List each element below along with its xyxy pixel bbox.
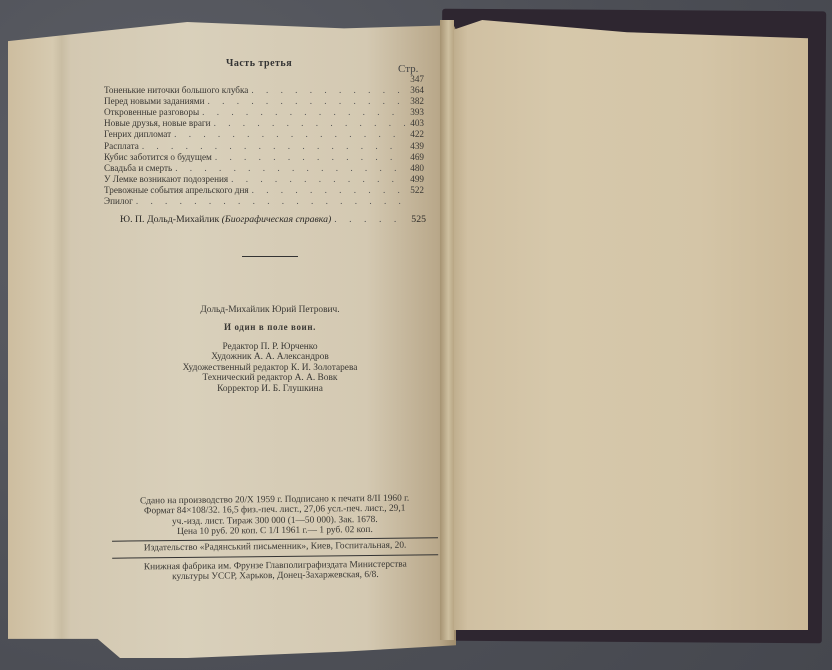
toc-entry: Тревожные события апрельского дня522 — [104, 185, 424, 196]
toc-entry: Свадьба и смерть480 — [104, 163, 424, 174]
toc-leader-dots — [208, 96, 405, 107]
toc-entry-page: 403 — [408, 118, 424, 129]
toc-entry: Кубис заботится о будущем469 — [104, 152, 424, 163]
toc-bio-author: Ю. П. Дольд-Михайлик — [120, 214, 219, 225]
imprint-book-title: И один в поле воин. — [100, 322, 440, 333]
toc-entry: Генрих дипломат422 — [104, 129, 424, 140]
toc-entry-page: 439 — [408, 141, 424, 152]
toc-entry-page: 422 — [408, 129, 424, 140]
toc-entry: Ю. П. Дольд-Михайлик (Биографическая спр… — [120, 214, 426, 225]
toc-entry-title: У Лемке возникают подозрения — [104, 174, 228, 185]
crew-technical-editor: Технический редактор А. А. Вовк — [100, 373, 440, 384]
pub-publisher: Издательство «Радянський письменник», Ки… — [112, 540, 438, 554]
crew-editor: Редактор П. Р. Юрченко — [100, 342, 440, 353]
toc-entry: Расплата439 — [104, 141, 424, 152]
toc-entry-page: 364 — [408, 85, 424, 96]
toc-entry-title: Перед новыми заданиями — [104, 96, 205, 107]
toc-leader-dots — [252, 185, 405, 196]
toc-bio-entry: Ю. П. Дольд-Михайлик (Биографическая спр… — [120, 214, 426, 225]
toc-leader-dots — [174, 129, 405, 140]
toc-leader-dots — [202, 107, 405, 118]
crew-artist: Художник А. А. Александров — [100, 352, 440, 363]
book-gutter — [440, 20, 454, 640]
toc-leader-dots — [214, 118, 405, 129]
toc-entry-page: 522 — [408, 185, 424, 196]
toc-entry: У Лемке возникают подозрения499 — [104, 174, 424, 185]
toc-entry-title: Генрих дипломат — [104, 129, 171, 140]
toc-entry-title: Тревожные события апрельского дня — [104, 185, 249, 196]
toc-leader-dots — [175, 163, 405, 174]
toc-entry-page: 347 — [408, 74, 424, 85]
toc-entry: Эпилог — [104, 196, 424, 207]
toc-bio-title: Ю. П. Дольд-Михайлик (Биографическая спр… — [120, 214, 331, 225]
toc-entry: Откровенные разговоры393 — [104, 107, 424, 118]
pub-divider — [112, 554, 438, 558]
toc-entry: Перед новыми заданиями382 — [104, 96, 424, 107]
toc-leader-dots — [231, 174, 405, 185]
toc-bio-page: 525 — [410, 214, 426, 225]
imprint-block: Дольд-Михайлик Юрий Петрович. И один в п… — [100, 305, 440, 394]
toc-entry-title: Эпилог — [104, 196, 133, 207]
toc-entry-page: 499 — [408, 174, 424, 185]
toc-leader-dots — [215, 152, 405, 163]
toc-entry-page: 469 — [408, 152, 424, 163]
section-divider — [242, 256, 298, 257]
toc-leader-dots — [142, 141, 405, 152]
table-of-contents: 347 Тоненькие ниточки большого клубка364… — [104, 74, 424, 207]
toc-leader-dots — [136, 196, 405, 207]
toc-entry-page: 382 — [408, 96, 424, 107]
publication-details: Сдано на производство 20/X 1959 г. Подпи… — [112, 493, 439, 583]
toc-part-title: Часть третья — [226, 58, 292, 69]
toc-entry: 347 — [104, 74, 424, 85]
toc-entry: Новые друзья, новые враги403 — [104, 118, 424, 129]
toc-leader-dots — [334, 214, 407, 225]
toc-entry-title: Расплата — [104, 141, 139, 152]
right-page-blank — [446, 20, 808, 630]
toc-entry-title: Кубис заботится о будущем — [104, 152, 212, 163]
imprint-crew: Редактор П. Р. Юрченко Художник А. А. Ал… — [100, 342, 440, 395]
toc-entry-title: Тоненькие ниточки большого клубка — [104, 85, 248, 96]
toc-entry-title: Новые друзья, новые враги — [104, 118, 211, 129]
crew-proofreader: Корректор И. Б. Глушкина — [100, 384, 440, 395]
crew-art-editor: Художественный редактор К. И. Золотарева — [100, 363, 440, 374]
toc-leader-dots — [251, 85, 405, 96]
pub-price: Цена 10 руб. 20 коп. С 1/I 1961 г.— 1 ру… — [112, 525, 438, 539]
toc-bio-note: (Биографическая справка) — [222, 214, 332, 225]
toc-entry-page: 480 — [408, 163, 424, 174]
toc-entry-title: Свадьба и смерть — [104, 163, 172, 174]
imprint-author: Дольд-Михайлик Юрий Петрович. — [100, 305, 440, 316]
toc-entry-page: 393 — [408, 107, 424, 118]
toc-entry: Тоненькие ниточки большого клубка364 — [104, 85, 424, 96]
toc-entry-title: Откровенные разговоры — [104, 107, 199, 118]
